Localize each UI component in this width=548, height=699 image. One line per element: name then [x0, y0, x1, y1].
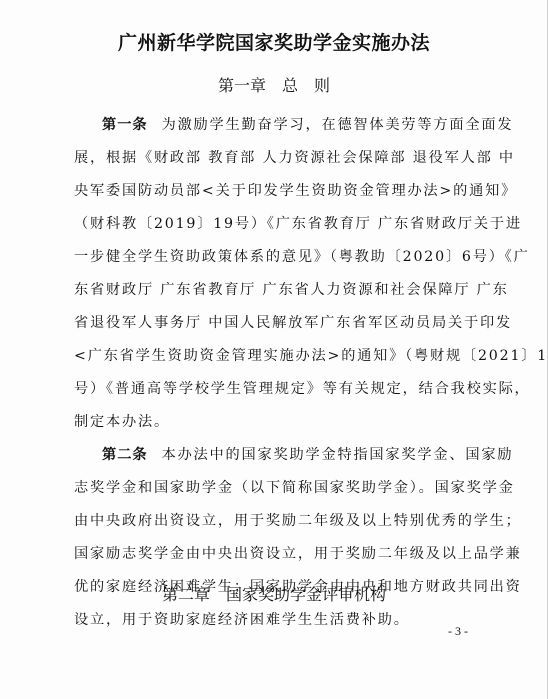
document-page: 广州新华学院国家奖助学金实施办法 第一章 总 则 第一条为激励学生勤奋学习，在德… — [0, 0, 548, 699]
article-1-line: <广东省学生资助资金管理实施办法>的通知》（粤财规〔2021〕1 — [74, 346, 474, 366]
article-1-line: （财科教〔2019〕19号）《广东省教育厅 广东省财政厅关于进 — [74, 214, 474, 234]
article-label: 第二条 — [102, 447, 148, 463]
article-1-line: 省退役军人事务厅 中国人民解放军广东省军区动员局关于印发 — [74, 313, 474, 333]
article-1-line: 一步健全学生资助政策体系的意见》（粤教助〔2020〕6号）《广 — [74, 247, 474, 267]
article-1-line: 制定本办法。 — [74, 412, 474, 432]
article-1-line: 东省财政厅 广东省教育厅 广东省人力资源和社会保障厅 广东 — [74, 280, 474, 300]
article-2-line: 设立，用于资助家庭经济困难学生生活费补助。 — [74, 610, 474, 630]
page-number: - 3 - — [448, 624, 468, 639]
article-1-line: 央军委国防动员部<关于印发学生资助资金管理办法>的通知》 — [74, 181, 474, 201]
article-label: 第一条 — [102, 117, 148, 133]
document-title: 广州新华学院国家奖助学金实施办法 — [0, 28, 548, 55]
article-1-line: 号）《普通高等学校学生管理规定》等有关规定，结合我校实际， — [74, 379, 474, 399]
article-2-line: 第二条本办法中的国家奖助学金特指国家奖学金、国家励 — [74, 445, 474, 465]
article-2-line: 志奖学金和国家助学金（以下简称国家奖助学金）。国家奖学金 — [74, 478, 474, 498]
article-2-line: 由中央政府出资设立，用于奖励二年级及以上特别优秀的学生； — [74, 511, 474, 531]
chapter-heading-2: 第二章 国家奖助学金评审机构 — [0, 582, 548, 605]
article-1-line: 展，根据《财政部 教育部 人力资源社会保障部 退役军人部 中 — [74, 148, 474, 168]
article-2-line: 国家励志奖学金由中央出资设立，用于奖励二年级及以上品学兼 — [74, 544, 474, 564]
chapter-heading-1: 第一章 总 则 — [0, 73, 548, 96]
article-1-line: 第一条为激励学生勤奋学习，在德智体美劳等方面全面发 — [74, 115, 474, 135]
